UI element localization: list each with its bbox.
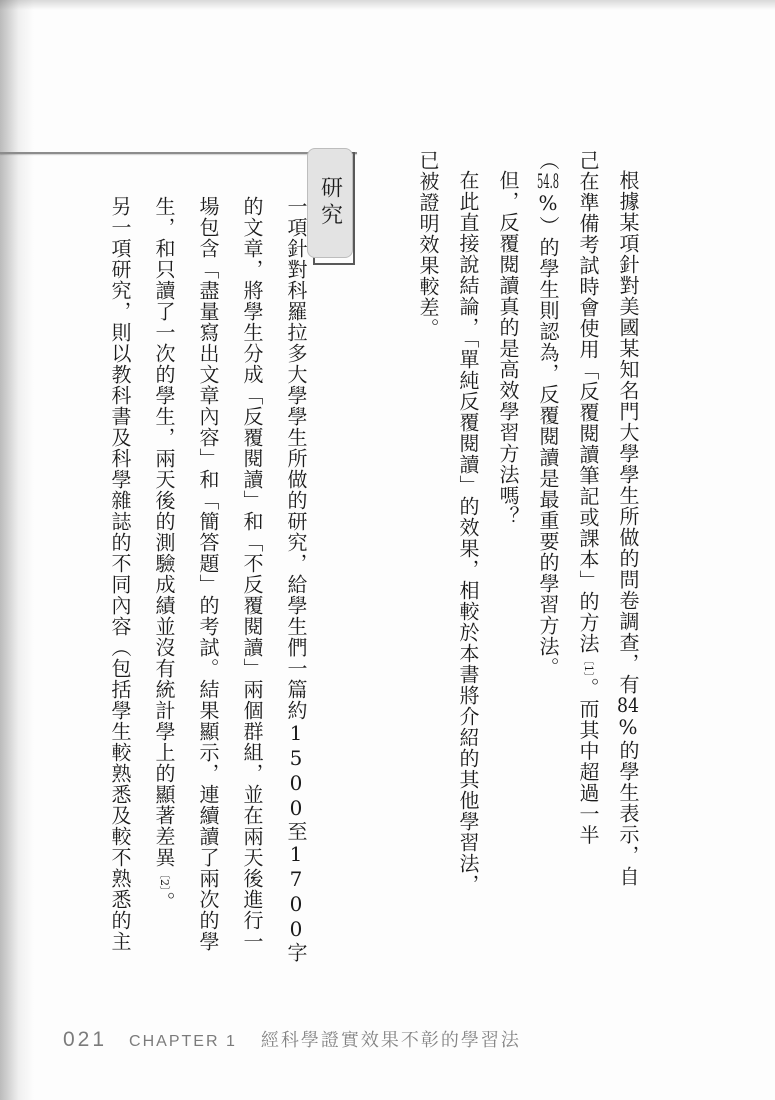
text-segment: % bbox=[536, 191, 560, 216]
text-segment: 1700 bbox=[284, 842, 308, 942]
page-footer: 021 CHAPTER 1 經科學證實效果不彰的學習法 bbox=[63, 1026, 521, 1052]
text-segment: 〔1〕 bbox=[582, 654, 595, 678]
research-paragraph-1: 一項針對科羅拉多大學學生所做的研究，給學生們一篇約1500至1700字的文章，將… bbox=[142, 196, 318, 968]
text-segment: 但，反覆閱讀真的是高效學習方法嗎？ bbox=[496, 170, 520, 527]
chapter-title: 經科學證實效果不彰的學習法 bbox=[261, 1026, 521, 1052]
text-segment: ）的學生則認為，反覆閱讀是最重要的學習方法。 bbox=[536, 216, 560, 678]
text-segment: 〔2〕 bbox=[158, 868, 171, 892]
text-segment: 。 bbox=[152, 892, 176, 913]
text-segment: 另一項研究，則以教科書及科學雜誌的不同內容（包括學生較熟悉及較不熟悉的主 bbox=[108, 196, 132, 952]
page-edge-shadow-top bbox=[0, 0, 775, 10]
research-section-rule bbox=[0, 152, 357, 154]
text-segment: 54.8 bbox=[536, 171, 560, 191]
main-paragraph-3: 在此直接說結論，「單純反覆閱讀」的效果，相較於本書將介紹的其他學習法，已被證明效… bbox=[408, 150, 488, 906]
main-paragraph-1: 根據某項針對美國某知名門大學學生所做的問卷調查，有84%的學生表示，自己在準備考… bbox=[528, 150, 648, 906]
text-segment: 84 bbox=[616, 695, 640, 715]
text-segment: % bbox=[616, 715, 640, 740]
main-text-block: 根據某項針對美國某知名門大學學生所做的問卷調查，有84%的學生表示，自己在準備考… bbox=[408, 150, 648, 906]
text-segment: 在此直接說結論，「單純反覆閱讀」的效果，相較於本書將介紹的其他學習法，已被證明效… bbox=[416, 150, 480, 895]
research-text-block: 一項針對科羅拉多大學學生所做的研究，給學生們一篇約1500至1700字的文章，將… bbox=[98, 196, 318, 968]
text-segment: 一項針對科羅拉多大學學生所做的研究，給學生們一篇約 bbox=[284, 196, 308, 721]
page-number: 021 bbox=[63, 1028, 107, 1052]
chapter-label: CHAPTER 1 bbox=[129, 1033, 237, 1051]
text-segment: 1500 bbox=[284, 721, 308, 821]
text-segment: 根據某項針對美國某知名門大學學生所做的問卷調查，有 bbox=[616, 170, 640, 695]
text-segment: 至 bbox=[284, 821, 308, 842]
research-paragraph-2: 另一項研究，則以教科書及科學雜誌的不同內容（包括學生較熟悉及較不熟悉的主 bbox=[98, 196, 142, 968]
research-label-text: 研究 bbox=[315, 176, 346, 230]
page-edge-shadow-left bbox=[0, 0, 34, 1100]
main-paragraph-2: 但，反覆閱讀真的是高效學習方法嗎？ bbox=[488, 150, 528, 906]
